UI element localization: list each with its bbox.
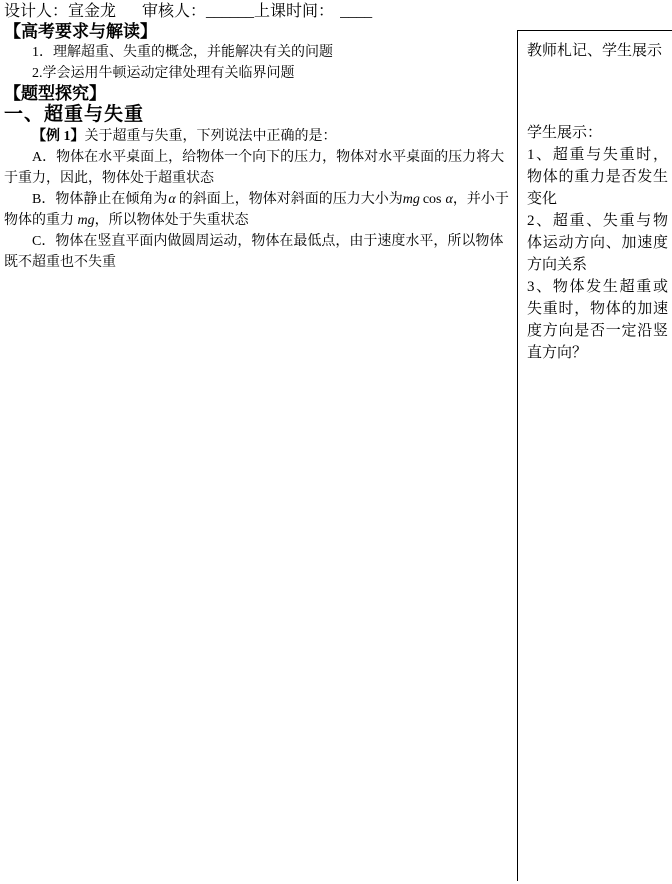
student-display-item-1: 1、超重与失重时，物体的重力是否发生变化 [527, 144, 668, 210]
section-title-question-types: 【题型探究】 [4, 84, 509, 104]
example-question-text: 关于超重与失重，下列说法中正确的是： [85, 129, 337, 144]
reviewer-label: 审核人： [142, 3, 206, 20]
designer-name: 宣金龙 [68, 3, 116, 20]
math-alpha: α [446, 192, 453, 207]
option-b-text: 的斜面上，物体对斜面的压力大小为 [179, 192, 403, 207]
student-display-item-3: 3、物体发生超重或失重时，物体的加速度方向是否一定沿竖直方向？ [527, 276, 668, 364]
document-header: 设计人：宣金龙审核人：______上课时间：____ [4, 2, 372, 22]
topic-number: 一、 [4, 104, 44, 125]
teacher-notes-column: 教师札记、学生展示 学生展示： 1、超重与失重时，物体的重力是否发生变化 2、超… [517, 30, 672, 881]
section-title-exam-requirements: 【高考要求与解读】 [4, 22, 509, 42]
student-display-item-2: 2、超重、失重与物体运动方向、加速度方向关系 [527, 210, 668, 276]
option-b-text: B．物体静止在倾角为 [32, 192, 167, 207]
requirement-item-2: 2.学会运用牛顿运动定律处理有关临界问题 [4, 63, 509, 84]
main-content: 【高考要求与解读】 1．理解超重、失重的概念，并能解决有关的问题 2.学会运用牛… [4, 22, 509, 273]
sidebar-header: 教师札记、学生展示 [527, 40, 668, 62]
option-c: C．物体在竖直平面内做圆周运动，物体在最低点，由于速度水平，所以物体既不超重也不… [4, 231, 509, 273]
example-question: 【例 1】关于超重与失重，下列说法中正确的是： [4, 126, 509, 147]
student-display-subtitle: 学生展示： [527, 122, 668, 144]
math-alpha: α [168, 192, 175, 207]
class-time-blank-field: ____ [340, 3, 372, 20]
class-time-label: 上课时间： [254, 3, 334, 20]
topic-heading: 一、超重与失重 [4, 104, 509, 126]
option-a: A．物体在水平桌面上，给物体一个向下的压力，物体对水平桌面的压力将大于重力，因此… [4, 147, 509, 189]
requirement-item-1: 1．理解超重、失重的概念，并能解决有关的问题 [4, 42, 509, 63]
math-mg: mg [78, 213, 95, 228]
topic-title-text: 超重与失重 [44, 104, 144, 125]
designer-label: 设计人： [4, 3, 68, 20]
option-b: B．物体静止在倾角为α的斜面上，物体对斜面的压力大小为mgcosα，并小于物体的… [4, 189, 509, 231]
reviewer-blank-field: ______ [206, 3, 254, 20]
option-b-text: ，所以物体处于失重状态 [95, 213, 249, 228]
example-label: 【例 1】 [32, 129, 85, 144]
math-cos: cos [423, 192, 442, 207]
math-mg: mg [403, 192, 420, 207]
